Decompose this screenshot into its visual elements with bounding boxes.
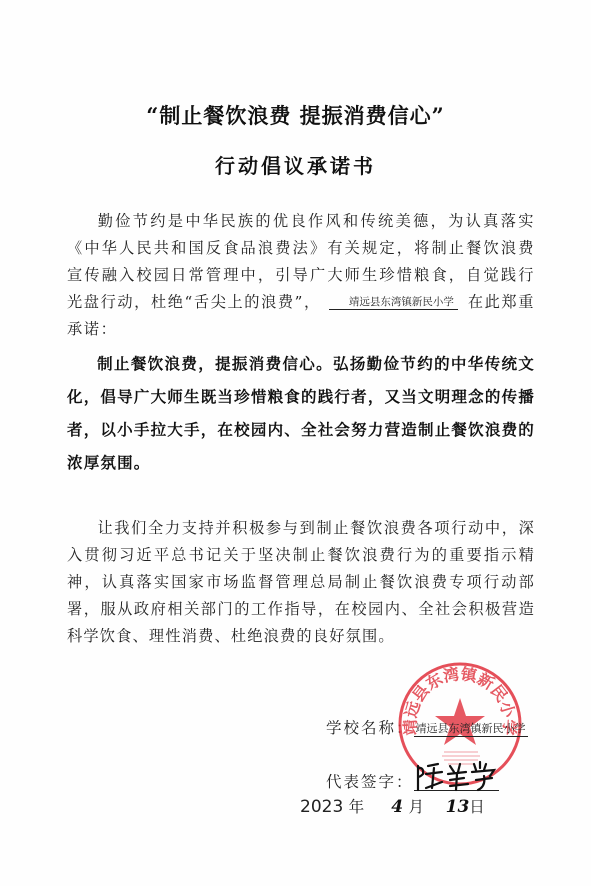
- date-day-unit: 日: [469, 798, 485, 816]
- commitment-text: 让我们全力支持并积极参与到制止餐饮浪费各项行动中，深入贯彻习近平总书记关于坚决制…: [67, 519, 535, 645]
- paragraph-commitment: 让我们全力支持并积极参与到制止餐饮浪费各项行动中，深入贯彻习近平总书记关于坚决制…: [67, 515, 535, 650]
- school-name-value: 靖远县东湾镇新民小学: [414, 722, 528, 737]
- document-title: “制止餐饮浪费 提振消费信心”: [0, 100, 591, 130]
- intro-text: 勤俭节约是中华民族的优良作风和传统美德，为认真落实《中华人民共和国反食品浪费法》…: [67, 212, 535, 311]
- paragraph-pledge: 制止餐饮浪费，提振消费信心。弘扬勤俭节约的中华传统文化，倡导广大师生既当珍惜粮食…: [67, 348, 535, 480]
- school-name-row: 学校名称：靖远县东湾镇新民小学: [326, 716, 528, 738]
- school-name-label: 学校名称：: [326, 719, 414, 737]
- representative-label: 代表签字：: [326, 773, 414, 791]
- date-year: 2023: [300, 797, 343, 817]
- paragraph-intro: 勤俭节约是中华民族的优良作风和传统美德，为认真落实《中华人民共和国反食品浪费法》…: [67, 208, 535, 343]
- date-month: 4: [391, 797, 403, 817]
- pledge-text: 制止餐饮浪费，提振消费信心。弘扬勤俭节约的中华传统文化，倡导广大师生既当珍惜粮食…: [67, 355, 535, 472]
- handwritten-signature: [414, 768, 499, 791]
- date-day: 13: [446, 797, 470, 817]
- date-row: 2023 年 4 月 13日: [300, 795, 485, 817]
- school-name-fill: 靖远县东湾镇新民小学: [329, 295, 458, 310]
- date-year-unit: 年: [349, 798, 365, 816]
- document-subtitle: 行动倡议承诺书: [0, 150, 591, 179]
- date-month-unit: 月: [408, 798, 424, 816]
- document-page: “制止餐饮浪费 提振消费信心” 行动倡议承诺书 勤俭节约是中华民族的优良作风和传…: [0, 0, 591, 886]
- representative-row: 代表签字：: [326, 768, 499, 792]
